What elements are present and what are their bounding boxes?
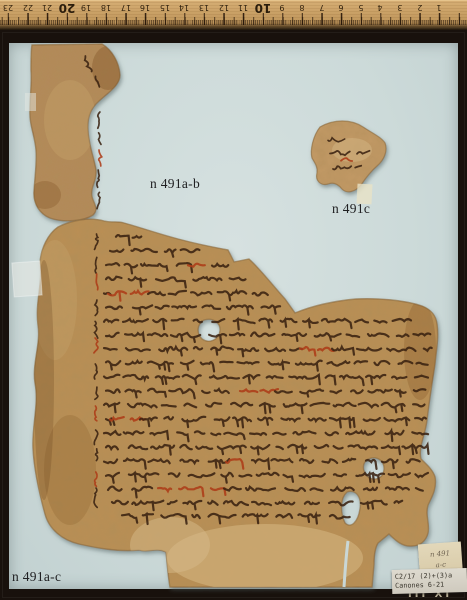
script-stroke (162, 405, 176, 406)
manuscript-photo-page: 2322212019181716151413121110987654321 (0, 0, 467, 600)
script-stroke (99, 133, 102, 145)
tape (25, 93, 36, 111)
label-fragment-c: n 491c (332, 201, 370, 217)
label-fragment-ab: n 491a-b (150, 176, 200, 192)
script-stroke (99, 150, 102, 166)
script-stroke (97, 192, 100, 208)
script-stroke (98, 112, 100, 128)
typed-line2: Canones 6-21 (395, 580, 467, 591)
label-fragment-ac: n 491a-c (12, 569, 61, 585)
tape (12, 261, 42, 297)
catalog-label-typed: C2/17 (2)+(3)a Canones 6-21 (392, 568, 467, 594)
script-stroke (412, 432, 428, 434)
manuscript-art-layer (0, 0, 467, 600)
script-stroke (97, 170, 99, 187)
script-stroke (395, 501, 403, 503)
script-stroke (366, 460, 377, 469)
